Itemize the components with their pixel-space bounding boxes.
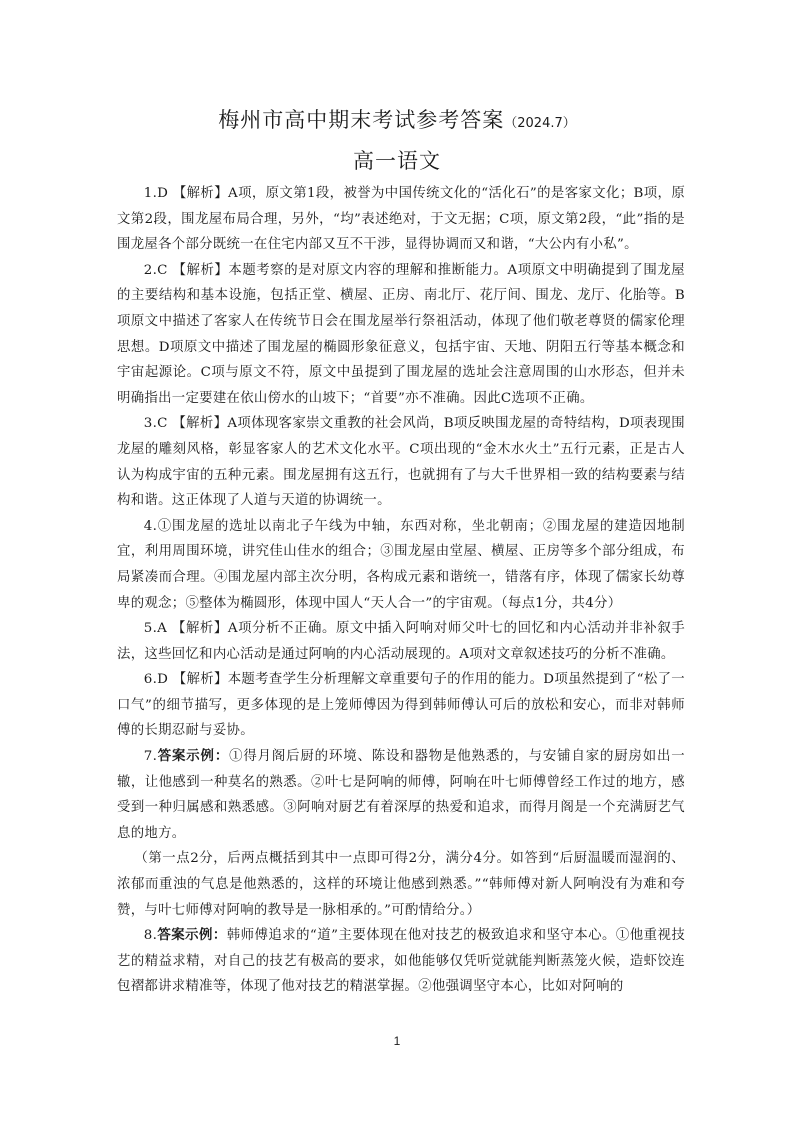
- answer-label: 答案示例：: [157, 749, 229, 764]
- answer-prefix: 3.C 【解析】: [144, 416, 228, 431]
- answer-1: 1.D 【解析】A项，原文第1段，被誉为中国传统文化的“活化石”的是客家文化；B…: [117, 181, 685, 258]
- answer-8: 8.答案示例：韩师傅追求的“道”主要体现在他对技艺的极致追求和坚守本心。①他重视…: [117, 923, 685, 1000]
- answer-body: 1.D 【解析】A项，原文第1段，被誉为中国传统文化的“活化石”的是客家文化；B…: [117, 181, 685, 1000]
- answer-6: 6.D 【解析】本题考查学生分析理解文章重要句子的作用的能力。D项虽然提到了“松…: [117, 667, 685, 744]
- answer-7: 7.答案示例：①得月阁后厨的环境、陈设和器物是他熟悉的，与安铺自家的厨房如出一辙…: [117, 744, 685, 846]
- answer-prefix: 7.: [144, 749, 157, 764]
- answer-5: 5.A 【解析】A项分析不正确。原文中插入阿响对师父叶七的回忆和内心活动并非补叙…: [117, 616, 685, 667]
- answer-prefix: 2.C 【解析】: [144, 263, 229, 278]
- title-text: 梅州市高中期末考试参考答案: [218, 108, 504, 132]
- answer-text: ①围龙屋的选址以南北子午线为中轴，东西对称，坐北朝南；②围龙屋的建造因地制宜，利…: [117, 519, 685, 611]
- answer-prefix: 5.A 【解析】: [144, 621, 228, 636]
- answer-7-scoring-note: （第一点2分，后两点概括到其中一点即可得2分，满分4分。如答到“后厨温暖而湿润的…: [117, 846, 685, 923]
- document-page: 梅州市高中期末考试参考答案（2024.7） 高一语文 1.D 【解析】A项，原文…: [0, 0, 794, 1123]
- page-title: 梅州市高中期末考试参考答案（2024.7）: [0, 104, 794, 134]
- page-number: 1: [0, 1034, 794, 1048]
- answer-label: 答案示例：: [157, 928, 227, 943]
- answer-3: 3.C 【解析】A项体现客家崇文重教的社会风尚，B项反映围龙屋的奇特结构，D项表…: [117, 411, 685, 513]
- answer-text: （第一点2分，后两点概括到其中一点即可得2分，满分4分。如答到“后厨温暖而湿润的…: [117, 851, 685, 917]
- answer-prefix: 4.: [144, 519, 157, 534]
- title-year: （2024.7）: [504, 116, 576, 131]
- answer-prefix: 1.D 【解析】: [144, 186, 228, 201]
- answer-2: 2.C 【解析】本题考察的是对原文内容的理解和推断能力。A项原文中明确提到了围龙…: [117, 258, 685, 412]
- answer-4: 4.①围龙屋的选址以南北子午线为中轴，东西对称，坐北朝南；②围龙屋的建造因地制宜…: [117, 514, 685, 616]
- subject-title: 高一语文: [0, 145, 794, 175]
- answer-prefix: 8.: [144, 928, 157, 943]
- answer-text: 本题考察的是对原文内容的理解和推断能力。A项原文中明确提到了围龙屋的主要结构和基…: [117, 263, 685, 406]
- answer-prefix: 6.D 【解析】: [144, 672, 228, 687]
